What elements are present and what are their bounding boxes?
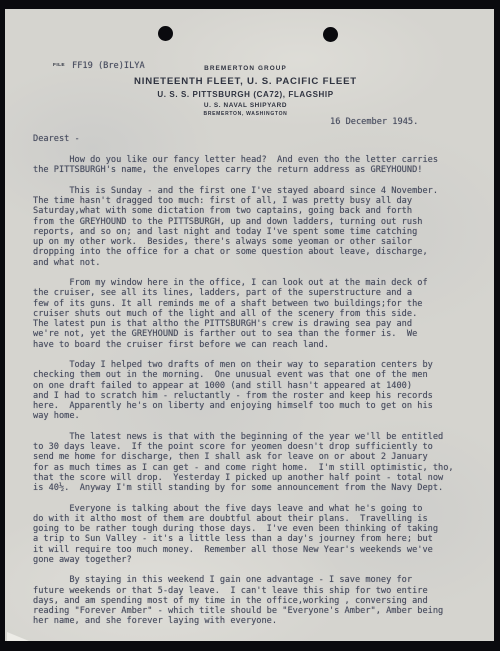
paragraph-office-window: From my window here in the office, I can… [33, 278, 454, 350]
letter-paper: FILEFF19 (Bre)ILYA BREMERTON GROUP NINET… [5, 9, 494, 641]
letterhead-yard-line: U. S. NAVAL SHIPYARD [5, 102, 486, 109]
punch-hole-left [158, 26, 173, 41]
paragraph-letterhead-joke: How do you like our fancy letter head? A… [33, 155, 454, 176]
paragraph-forever-amber: By staying in this weekend I gain one ad… [33, 575, 454, 626]
letter-body: How do you like our fancy letter head? A… [33, 155, 454, 627]
paper-tear [7, 632, 29, 641]
paragraph-five-days-leave: Everyone is talking about the five days … [33, 504, 454, 566]
salutation: Dearest - [33, 134, 80, 144]
letterhead-group-line: BREMERTON GROUP [5, 65, 486, 72]
scanned-letter-page: FILEFF19 (Bre)ILYA BREMERTON GROUP NINET… [0, 0, 500, 651]
letterhead: BREMERTON GROUP NINETEENTH FLEET, U. S. … [5, 65, 486, 117]
paragraph-leave-points: The latest news is that with the beginni… [33, 432, 454, 494]
letterhead-fleet-line: NINETEENTH FLEET, U. S. PACIFIC FLEET [5, 76, 486, 87]
paragraph-separation-drafts: Today I helped two drafts of men on thei… [33, 360, 454, 422]
paragraph-sunday-aboard: This is Sunday - and the first one I've … [33, 186, 454, 268]
letter-date: 16 December 1945. [330, 117, 418, 127]
punch-hole-right [323, 27, 338, 42]
letterhead-ship-line: U. S. S. PITTSBURGH (CA72), FLAGSHIP [5, 90, 486, 99]
